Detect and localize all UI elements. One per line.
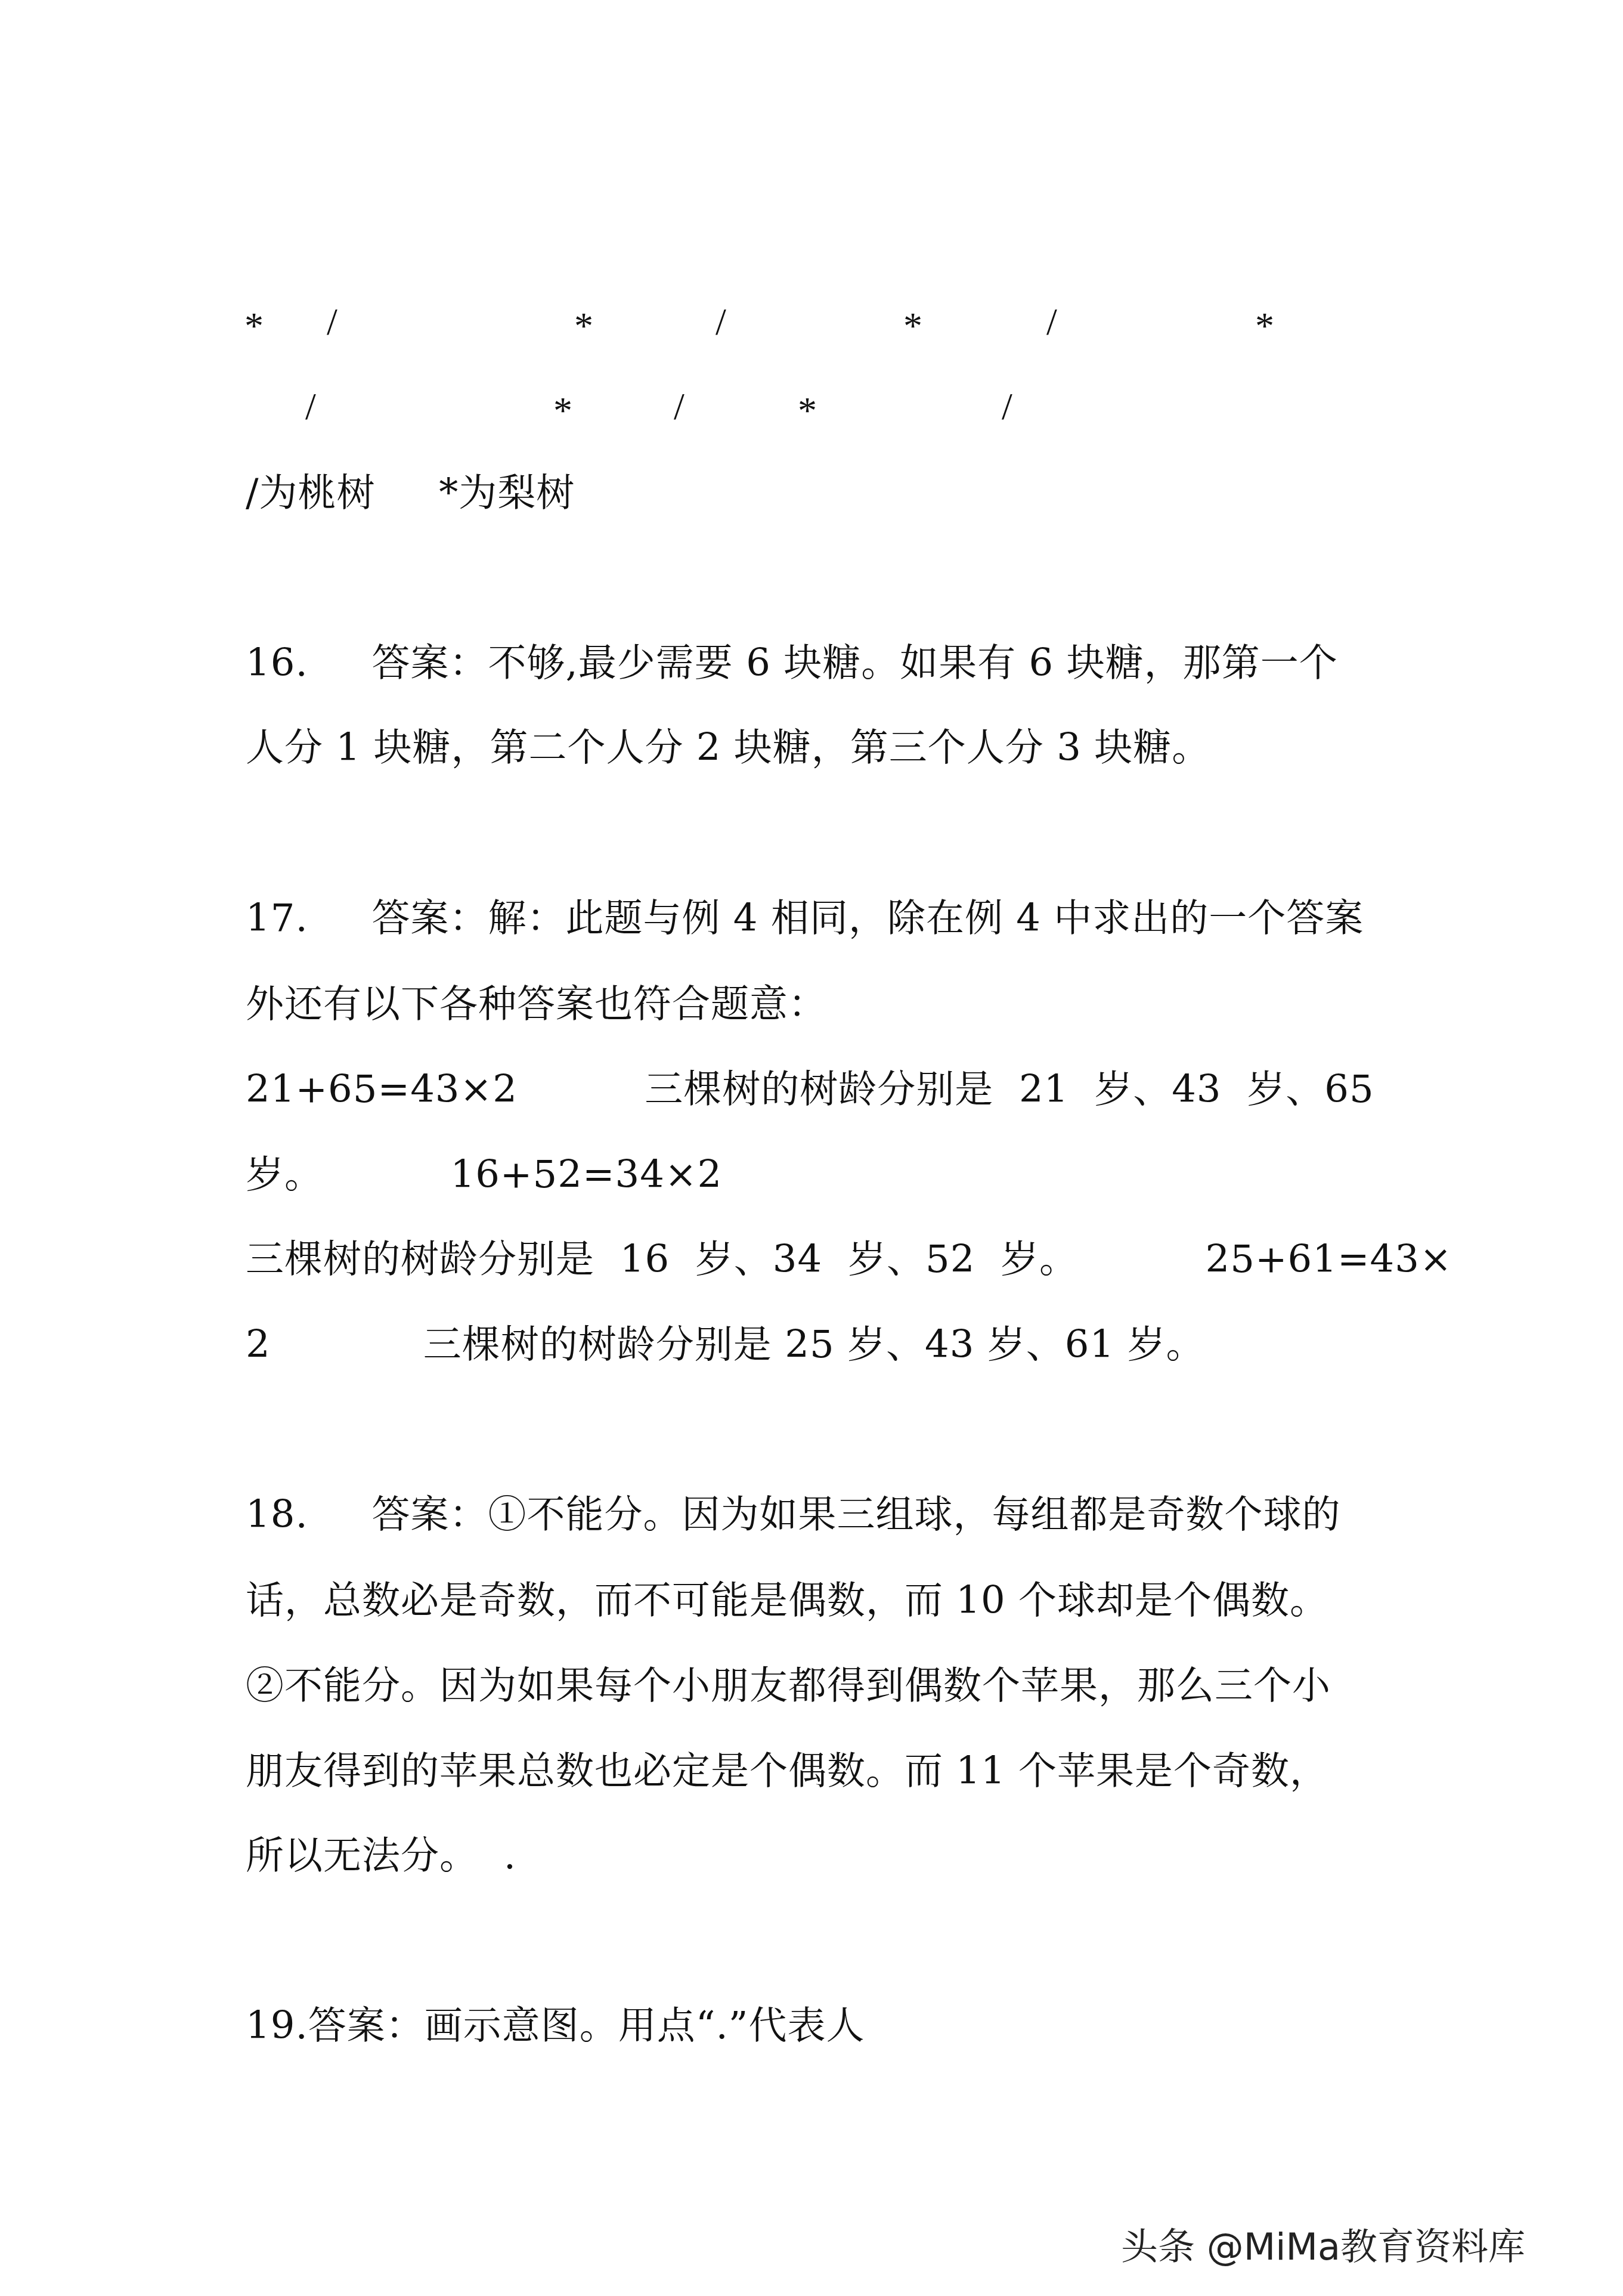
document-page: * / * / * / * / * / * / /为桃树 *为梨树 16. 答案… (0, 0, 1623, 2296)
answer-16-line-2: 人分 1 块糖，第二个人分 2 块糖，第三个人分 3 块糖。 (246, 729, 1210, 767)
answer-17-line-2: 外还有以下各种答案也符合题意： (246, 985, 827, 1023)
pear-tree-symbol: * (244, 307, 264, 345)
answer-18-line-3: ②不能分。因为如果每个小朋友都得到偶数个苹果，那么三个小 (246, 1667, 1331, 1705)
peach-tree-symbol: / (305, 388, 316, 426)
answer-18-line-1: 18. 答案：①不能分。因为如果三组球，每组都是奇数个球的 (246, 1496, 1341, 1534)
answer-18-line-5: 所以无法分。 . (246, 1837, 516, 1875)
answer-17-line-5: 三棵树的树龄分别是 16 岁、34 岁、52 岁。 25+61=43× (246, 1240, 1452, 1279)
answer-17-line-4: 岁。 16+52=34×2 (246, 1156, 722, 1194)
pear-tree-symbol: * (574, 307, 593, 345)
answer-18-line-2: 话，总数必是奇数，而不可能是偶数，而 10 个球却是个偶数。 (246, 1582, 1328, 1620)
watermark: 头条 @MiMa教育资料库 (1121, 2217, 1525, 2270)
answer-18-line-4: 朋友得到的苹果总数也必定是个偶数。而 11 个苹果是个奇数， (246, 1752, 1328, 1790)
answer-16-line-1: 16. 答案：不够,最少需要 6 块糖。如果有 6 块糖，那第一个 (246, 644, 1338, 682)
peach-tree-symbol: / (1046, 303, 1057, 341)
pear-tree-symbol: * (798, 392, 817, 430)
pear-tree-symbol: * (903, 307, 922, 345)
pear-tree-symbol: * (1255, 307, 1274, 345)
peach-tree-symbol: / (716, 303, 726, 341)
diagram-legend: /为桃树 *为梨树 (246, 474, 575, 512)
answer-17-line-3: 21+65=43×2 三棵树的树龄分别是 21 岁、43 岁、65 (246, 1070, 1374, 1109)
answer-17-line-6: 2 三棵树的树龄分别是 25 岁、43 岁、61 岁。 (246, 1326, 1205, 1364)
answer-17-line-1: 17. 答案：解：此题与例 4 相同，除在例 4 中求出的一个答案 (246, 899, 1364, 937)
peach-tree-symbol: / (674, 388, 684, 426)
peach-tree-symbol: / (1002, 388, 1012, 426)
peach-tree-symbol: / (327, 303, 337, 341)
pear-tree-symbol: * (553, 392, 572, 430)
answer-19-line-1: 19.答案：画示意图。用点“.”代表人 (246, 2007, 865, 2045)
